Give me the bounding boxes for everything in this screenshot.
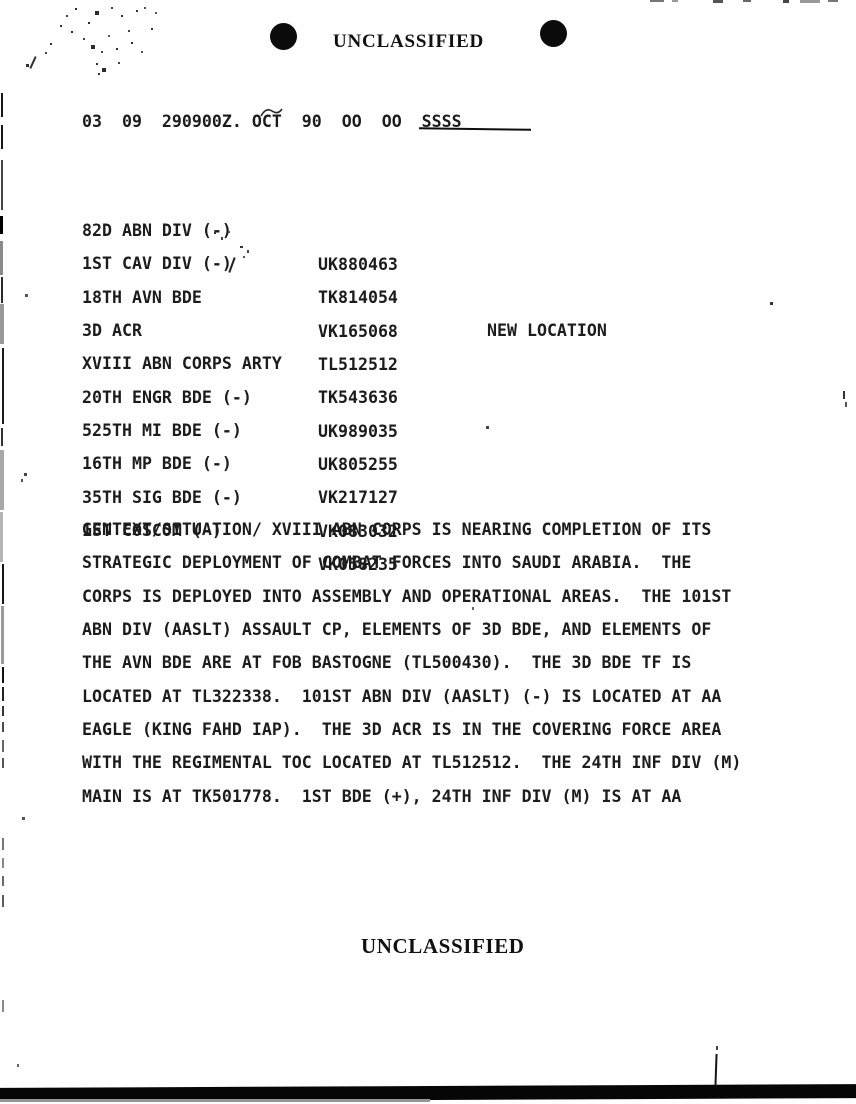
grid-coordinate: TK543636: [318, 381, 398, 414]
paragraph-line: GENTEXT/SITUATION/ XVIII ABN CORPS IS NE…: [82, 513, 741, 546]
scan-artifact: [221, 237, 223, 240]
scan-artifact: [714, 1054, 717, 1086]
scan-artifact: [783, 0, 789, 3]
grid-coordinate: UK805255: [318, 448, 398, 481]
table-row: 16TH MP BDE (-) VK217127: [0, 414, 60, 447]
table-row: 3D ACR TL512512: [0, 281, 60, 314]
table-row: 20TH ENGR BDE (-) UK989035: [0, 348, 60, 381]
scan-artifact: [26, 64, 29, 67]
unit-name: XVIII ABN CORPS ARTY: [82, 347, 282, 380]
scanned-document-page: UNCLASSIFIED 03 09 290900Z. OCT 90 OO OO…: [0, 0, 856, 1104]
bottom-scan-bar-fringe: [0, 1099, 430, 1102]
unit-name: 82D ABN DIV (-): [82, 214, 232, 247]
scan-artifact: [0, 241, 3, 275]
scan-artifact: [0, 450, 4, 510]
scan-artifact: [25, 294, 28, 297]
scan-speckles: [0, 0, 2, 2]
scan-artifact: [650, 0, 664, 2]
scan-artifact: [24, 473, 27, 476]
scan-artifact: [2, 758, 4, 768]
scan-artifact: [828, 0, 838, 2]
ink-stamp-dot-right: [540, 20, 567, 47]
unit-name: 35TH SIG BDE (-): [82, 481, 242, 514]
unit-name: 1ST CAV DIV (-): [82, 247, 232, 280]
scan-artifact: [2, 895, 4, 907]
scan-artifact: [0, 216, 3, 234]
paragraph-line: CORPS IS DEPLOYED INTO ASSEMBLY AND OPER…: [82, 580, 741, 613]
unit-name: 18TH AVN BDE: [82, 281, 202, 314]
scan-artifact: [2, 876, 4, 886]
scan-artifact: [0, 304, 4, 344]
scan-artifact: [716, 1046, 718, 1050]
scan-artifact: [800, 0, 820, 3]
scan-artifact: [1, 606, 4, 664]
scan-artifact: [1, 125, 3, 149]
scan-artifact: [1, 160, 3, 210]
scan-artifact: [2, 740, 4, 752]
table-row: 18TH AVN BDE VK165068: [0, 248, 60, 281]
table-row: 82D ABN DIV (-) UK880463: [0, 181, 60, 214]
paragraph-line: STRATEGIC DEPLOYMENT OF COMBAT FORCES IN…: [82, 546, 741, 579]
scan-artifact: [2, 838, 4, 850]
scan-artifact: [2, 348, 4, 424]
classification-footer: UNCLASSIFIED: [361, 934, 525, 959]
unit-name: 525TH MI BDE (-): [82, 414, 242, 447]
paragraph-line: WITH THE REGIMENTAL TOC LOCATED AT TL512…: [82, 746, 741, 779]
grid-coordinate: VK217127: [318, 481, 398, 514]
scan-artifact: [247, 250, 249, 253]
scan-artifact: [1, 93, 3, 117]
scan-artifact: [29, 56, 36, 69]
paragraph-line: MAIN IS AT TK501778. 1ST BDE (+), 24TH I…: [82, 780, 741, 813]
dtg-text: 03 09 290900Z. OCT 90 OO OO: [82, 112, 422, 131]
scan-artifact: [743, 0, 751, 2]
paragraph-line: ABN DIV (AASLT) ASSAULT CP, ELEMENTS OF …: [82, 613, 741, 646]
grid-coordinate: TK814054: [318, 281, 398, 314]
scan-artifact: [672, 0, 678, 2]
scan-artifact: [2, 687, 4, 701]
scan-artifact: [243, 256, 245, 258]
grid-coordinate: TL512512: [318, 348, 398, 381]
classification-header: UNCLASSIFIED: [333, 31, 484, 53]
unit-name: 3D ACR: [82, 314, 142, 347]
scan-artifact: [472, 607, 474, 610]
scan-artifact: [2, 722, 4, 732]
scan-artifact: [486, 426, 489, 429]
scan-artifact: [713, 0, 723, 3]
table-row: 1ST CAV DIV (-) TK814054 NEW LOCATION: [0, 214, 60, 247]
scan-artifact: [2, 1000, 4, 1012]
scan-artifact: [1, 277, 3, 303]
scan-artifact: [17, 1064, 19, 1067]
scan-artifact: [214, 232, 216, 234]
scan-artifact: [258, 104, 284, 120]
unit-name: 16TH MP BDE (-): [82, 447, 232, 480]
scan-artifact: [2, 858, 4, 868]
scan-artifact: [2, 706, 4, 716]
scan-artifact: [228, 231, 230, 233]
paragraph-line: EAGLE (KING FAHD IAP). THE 3D ACR IS IN …: [82, 713, 741, 746]
paragraph-line: LOCATED AT TL322338. 101ST ABN DIV (AASL…: [82, 680, 741, 713]
scan-artifact: [22, 817, 25, 820]
situation-paragraph: GENTEXT/SITUATION/ XVIII ABN CORPS IS NE…: [82, 513, 741, 813]
grid-coordinate: UK989035: [318, 415, 398, 448]
table-row: 1ST COSCOM (-) VK058235: [0, 481, 60, 514]
scan-artifact: [1, 428, 3, 446]
paragraph-line: THE AVN BDE ARE AT FOB BASTOGNE (TL50043…: [82, 646, 741, 679]
table-row: 525TH MI BDE (-) UK805255: [0, 381, 60, 414]
scan-artifact: [845, 402, 847, 407]
table-row: 35TH SIG BDE (-) VK083032: [0, 448, 60, 481]
scan-artifact: [240, 246, 243, 248]
grid-coordinate: UK880463: [318, 248, 398, 281]
location-note: NEW LOCATION: [487, 314, 607, 347]
scan-artifact: [21, 479, 23, 482]
grid-coordinate: VK165068: [318, 315, 398, 348]
ink-stamp-dot-left: [270, 23, 297, 50]
scan-artifact: [2, 564, 4, 604]
scan-artifact: [843, 391, 845, 399]
table-row: XVIII ABN CORPS ARTY TK543636: [0, 314, 60, 347]
scan-artifact: [2, 667, 4, 683]
unit-name: 20TH ENGR BDE (-): [82, 381, 252, 414]
scan-artifact: [0, 512, 3, 562]
scan-artifact: [770, 302, 773, 305]
